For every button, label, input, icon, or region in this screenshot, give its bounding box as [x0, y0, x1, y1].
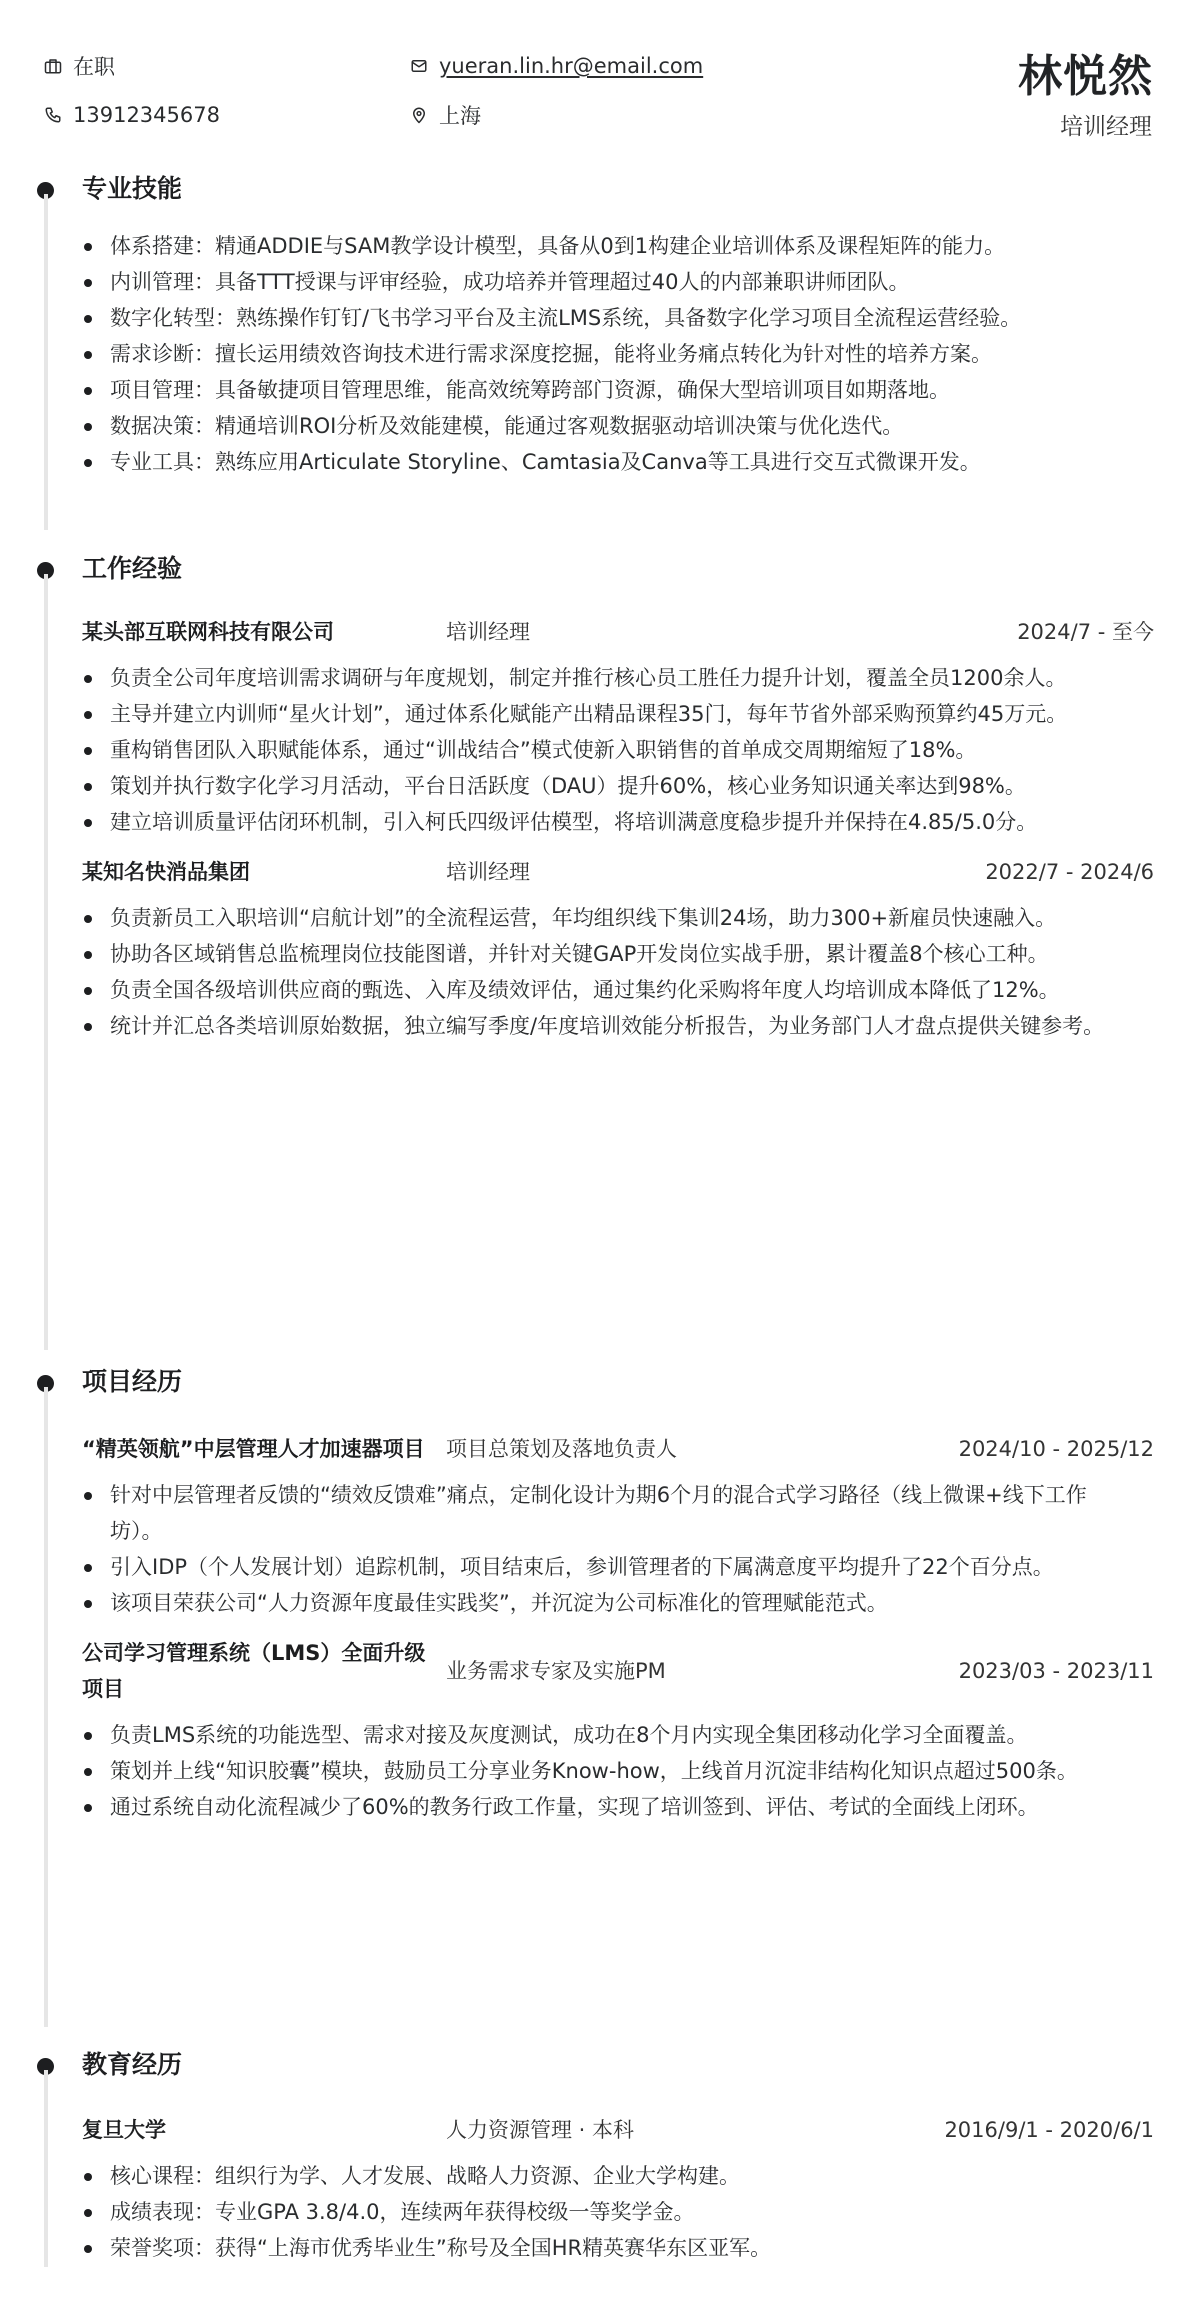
- project-bullets: 针对中层管理者反馈的“绩效反馈难”痛点，定制化设计为期6个月的混合式学习路径（线…: [82, 1477, 1154, 1621]
- work-bullets: 负责全公司年度培训需求调研与年度规划，制定并推行核心员工胜任力提升计划，覆盖全员…: [82, 660, 1154, 840]
- entry-header: 某头部互联网科技有限公司 培训经理 2024/7 - 至今: [82, 614, 1154, 650]
- list-item: 重构销售团队入职赋能体系，通过“训战结合”模式使新入职销售的首单成交周期缩短了1…: [82, 732, 1154, 768]
- section-body: 复旦大学 人力资源管理 · 本科 2016/9/1 - 2020/6/1 核心课…: [82, 2112, 1154, 2266]
- timeline-line: [44, 574, 48, 1350]
- candidate-name: 林悦然: [1018, 40, 1153, 104]
- section-title: 工作经验: [82, 551, 182, 587]
- work-bullets: 负责新员工入职培训“启航计划”的全流程运营，年均组织线下集训24场，助力300+…: [82, 900, 1154, 1044]
- list-item: 数据决策：精通培训ROI分析及效能建模，能通过客观数据驱动培训决策与优化迭代。: [82, 408, 1154, 444]
- work-entry: 某知名快消品集团 培训经理 2022/7 - 2024/6 负责新员工入职培训“…: [82, 854, 1154, 1044]
- list-item: 建立培训质量评估闭环机制，引入柯氏四级评估模型，将培训满意度稳步提升并保持在4.…: [82, 804, 1154, 840]
- city-text: 上海: [439, 100, 481, 130]
- list-item: 引入IDP（个人发展计划）追踪机制，项目结束后，参训管理者的下属满意度平均提升了…: [82, 1549, 1154, 1585]
- map-pin-icon: [409, 105, 429, 125]
- list-item: 通过系统自动化流程减少了60%的教务行政工作量，实现了培训签到、评估、考试的全面…: [82, 1789, 1154, 1825]
- education-bullets: 核心课程：组织行为学、人才发展、战略人力资源、企业大学构建。 成绩表现：专业GP…: [82, 2158, 1154, 2266]
- contact-status: 在职: [43, 51, 115, 81]
- candidate-title: 培训经理: [1060, 108, 1152, 141]
- list-item: 负责新员工入职培训“启航计划”的全流程运营，年均组织线下集训24场，助力300+…: [82, 900, 1154, 936]
- timeline-line: [44, 2070, 48, 2267]
- list-item: 策划并执行数字化学习月活动，平台日活跃度（DAU）提升60%，核心业务知识通关率…: [82, 768, 1154, 804]
- list-item: 数字化转型：熟练操作钉钉/飞书学习平台及主流LMS系统，具备数字化学习项目全流程…: [82, 300, 1154, 336]
- date-range: 2024/10 - 2025/12: [959, 1431, 1154, 1467]
- timeline-line: [44, 1387, 48, 2027]
- mail-icon: [409, 56, 429, 76]
- section-title: 专业技能: [82, 171, 182, 207]
- contact-email: yueran.lin.hr@email.com: [409, 51, 703, 81]
- work-entry: 某头部互联网科技有限公司 培训经理 2024/7 - 至今 负责全公司年度培训需…: [82, 614, 1154, 840]
- skills-list: 体系搭建：精通ADDIE与SAM教学设计模型，具备从0到1构建企业培训体系及课程…: [82, 228, 1154, 480]
- briefcase-icon: [43, 56, 63, 76]
- list-item: 项目管理：具备敏捷项目管理思维，能高效统筹跨部门资源，确保大型培训项目如期落地。: [82, 372, 1154, 408]
- degree: 人力资源管理 · 本科: [446, 2112, 944, 2148]
- date-range: 2024/7 - 至今: [1017, 614, 1154, 650]
- list-item: 内训管理：具备TTT授课与评审经验，成功培养并管理超过40人的内部兼职讲师团队。: [82, 264, 1154, 300]
- date-range: 2023/03 - 2023/11: [959, 1653, 1154, 1689]
- date-range: 2016/9/1 - 2020/6/1: [944, 2112, 1154, 2148]
- project-entry: “精英领航”中层管理人才加速器项目 项目总策划及落地负责人 2024/10 - …: [82, 1431, 1154, 1621]
- contact-phone: 13912345678: [43, 100, 220, 130]
- list-item: 策划并上线“知识胶囊”模块，鼓励员工分享业务Know-how，上线首月沉淀非结构…: [82, 1753, 1154, 1789]
- school-name: 复旦大学: [82, 2112, 446, 2148]
- list-item: 负责LMS系统的功能选型、需求对接及灰度测试，成功在8个月内实现全集团移动化学习…: [82, 1717, 1154, 1753]
- project-name: 公司学习管理系统（LMS）全面升级项目: [82, 1635, 446, 1707]
- company-name: 某知名快消品集团: [82, 854, 446, 890]
- project-name: “精英领航”中层管理人才加速器项目: [82, 1431, 446, 1467]
- list-item: 专业工具：熟练应用Articulate Storyline、Camtasia及C…: [82, 444, 1154, 480]
- email-link[interactable]: yueran.lin.hr@email.com: [439, 54, 703, 78]
- project-entry: 公司学习管理系统（LMS）全面升级项目 业务需求专家及实施PM 2023/03 …: [82, 1635, 1154, 1825]
- section-title: 项目经历: [82, 1364, 182, 1400]
- list-item: 该项目荣获公司“人力资源年度最佳实践奖”，并沉淀为公司标准化的管理赋能范式。: [82, 1585, 1154, 1621]
- project-role: 项目总策划及落地负责人: [446, 1431, 959, 1467]
- list-item: 统计并汇总各类培训原始数据，独立编写季度/年度培训效能分析报告，为业务部门人才盘…: [82, 1008, 1154, 1044]
- project-bullets: 负责LMS系统的功能选型、需求对接及灰度测试，成功在8个月内实现全集团移动化学习…: [82, 1717, 1154, 1825]
- status-text: 在职: [73, 51, 115, 81]
- company-name: 某头部互联网科技有限公司: [82, 614, 446, 650]
- list-item: 负责全国各级培训供应商的甄选、入库及绩效评估，通过集约化采购将年度人均培训成本降…: [82, 972, 1154, 1008]
- project-role: 业务需求专家及实施PM: [446, 1653, 959, 1689]
- list-item: 成绩表现：专业GPA 3.8/4.0，连续两年获得校级一等奖学金。: [82, 2194, 1154, 2230]
- list-item: 核心课程：组织行为学、人才发展、战略人力资源、企业大学构建。: [82, 2158, 1154, 2194]
- phone-text: 13912345678: [73, 103, 220, 127]
- section-body: 体系搭建：精通ADDIE与SAM教学设计模型，具备从0到1构建企业培训体系及课程…: [82, 228, 1154, 480]
- list-item: 主导并建立内训师“星火计划”，通过体系化赋能产出精品课程35门，每年节省外部采购…: [82, 696, 1154, 732]
- list-item: 针对中层管理者反馈的“绩效反馈难”痛点，定制化设计为期6个月的混合式学习路径（线…: [82, 1477, 1154, 1549]
- list-item: 荣誉奖项：获得“上海市优秀毕业生”称号及全国HR精英赛华东区亚军。: [82, 2230, 1154, 2266]
- list-item: 体系搭建：精通ADDIE与SAM教学设计模型，具备从0到1构建企业培训体系及课程…: [82, 228, 1154, 264]
- section-title: 教育经历: [82, 2047, 182, 2083]
- entry-header: 公司学习管理系统（LMS）全面升级项目 业务需求专家及实施PM 2023/03 …: [82, 1635, 1154, 1707]
- list-item: 负责全公司年度培训需求调研与年度规划，制定并推行核心员工胜任力提升计划，覆盖全员…: [82, 660, 1154, 696]
- entry-header: 某知名快消品集团 培训经理 2022/7 - 2024/6: [82, 854, 1154, 890]
- entry-header: “精英领航”中层管理人才加速器项目 项目总策划及落地负责人 2024/10 - …: [82, 1431, 1154, 1467]
- job-role: 培训经理: [446, 854, 985, 890]
- education-entry: 复旦大学 人力资源管理 · 本科 2016/9/1 - 2020/6/1 核心课…: [82, 2112, 1154, 2266]
- phone-icon: [43, 105, 63, 125]
- list-item: 需求诊断：擅长运用绩效咨询技术进行需求深度挖掘，能将业务痛点转化为针对性的培养方…: [82, 336, 1154, 372]
- section-body: 某头部互联网科技有限公司 培训经理 2024/7 - 至今 负责全公司年度培训需…: [82, 614, 1154, 1044]
- contact-city: 上海: [409, 100, 481, 130]
- list-item: 协助各区域销售总监梳理岗位技能图谱，并针对关键GAP开发岗位实战手册，累计覆盖8…: [82, 936, 1154, 972]
- entry-header: 复旦大学 人力资源管理 · 本科 2016/9/1 - 2020/6/1: [82, 2112, 1154, 2148]
- timeline-line: [44, 194, 48, 530]
- resume-header: 在职 13912345678 yueran.lin.hr@email.com 上…: [0, 0, 1191, 160]
- job-role: 培训经理: [446, 614, 1017, 650]
- date-range: 2022/7 - 2024/6: [985, 854, 1154, 890]
- section-body: “精英领航”中层管理人才加速器项目 项目总策划及落地负责人 2024/10 - …: [82, 1431, 1154, 1825]
